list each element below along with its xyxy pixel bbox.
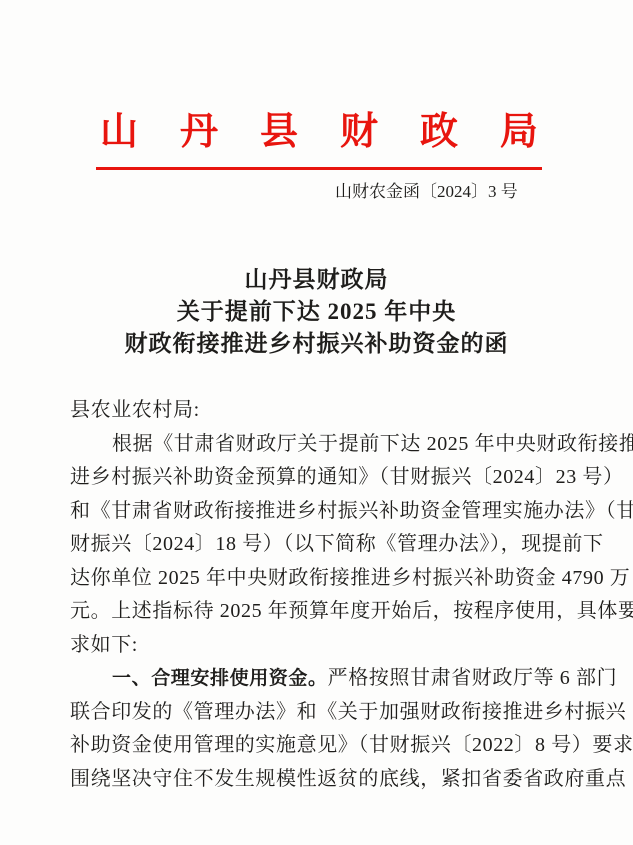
title-line: 关于提前下达 2025 年中央: [0, 296, 633, 328]
agency-name: 山 丹 县 财 政 局: [100, 110, 538, 156]
body-line: 财振兴〔2024〕18 号）（以下简称《管理办法》），现提前下: [70, 528, 556, 562]
body-line: 和《甘肃省财政衔接推进乡村振兴补助资金管理实施办法》（甘: [70, 495, 556, 529]
agency-char: 政: [420, 110, 458, 156]
body-line: 一、合理安排使用资金。严格按照甘肃省财政厅等 6 部门: [70, 662, 556, 696]
agency-char: 山: [100, 110, 138, 156]
document-page: 山 丹 县 财 政 局 山财农金函〔2024〕3 号 山丹县财政局 关于提前下达…: [0, 0, 633, 845]
agency-char: 县: [260, 110, 298, 156]
red-divider-line: [96, 167, 542, 170]
title-line: 财政衔接推进乡村振兴补助资金的函: [0, 328, 633, 360]
body-line: 元。上述指标待 2025 年预算年度开始后，按程序使用，具体要: [70, 595, 556, 629]
agency-char: 丹: [180, 110, 218, 156]
agency-char: 财: [340, 110, 378, 156]
body-line: 求如下:: [70, 629, 556, 663]
body-line: 进乡村振兴补助资金预算的通知》（甘财振兴〔2024〕23 号）: [70, 461, 556, 495]
doc-number: 山财农金函〔2024〕3 号: [335, 177, 518, 202]
letter-body: 县农业农村局: 根据《甘肃省财政厅关于提前下达 2025 年中央财政衔接推 进乡…: [70, 394, 556, 796]
section-heading: 一、合理安排使用资金。: [112, 668, 328, 689]
document-title: 山丹县财政局 关于提前下达 2025 年中央 财政衔接推进乡村振兴补助资金的函: [0, 264, 633, 360]
salutation: 县农业农村局:: [70, 394, 556, 428]
body-line-text: 严格按照甘肃省财政厅等 6 部门: [328, 667, 618, 689]
title-line: 山丹县财政局: [0, 264, 633, 296]
body-line: 达你单位 2025 年中央财政衔接推进乡村振兴补助资金 4790 万: [70, 562, 556, 596]
agency-char: 局: [500, 110, 538, 156]
body-line: 联合印发的《管理办法》和《关于加强财政衔接推进乡村振兴: [70, 696, 556, 730]
body-line: 围绕坚决守住不发生规模性返贫的底线，紧扣省委省政府重点: [70, 763, 556, 797]
body-line: 根据《甘肃省财政厅关于提前下达 2025 年中央财政衔接推: [70, 428, 556, 462]
body-line: 补助资金使用管理的实施意见》（甘财振兴〔2022〕8 号）要求，: [70, 729, 556, 763]
